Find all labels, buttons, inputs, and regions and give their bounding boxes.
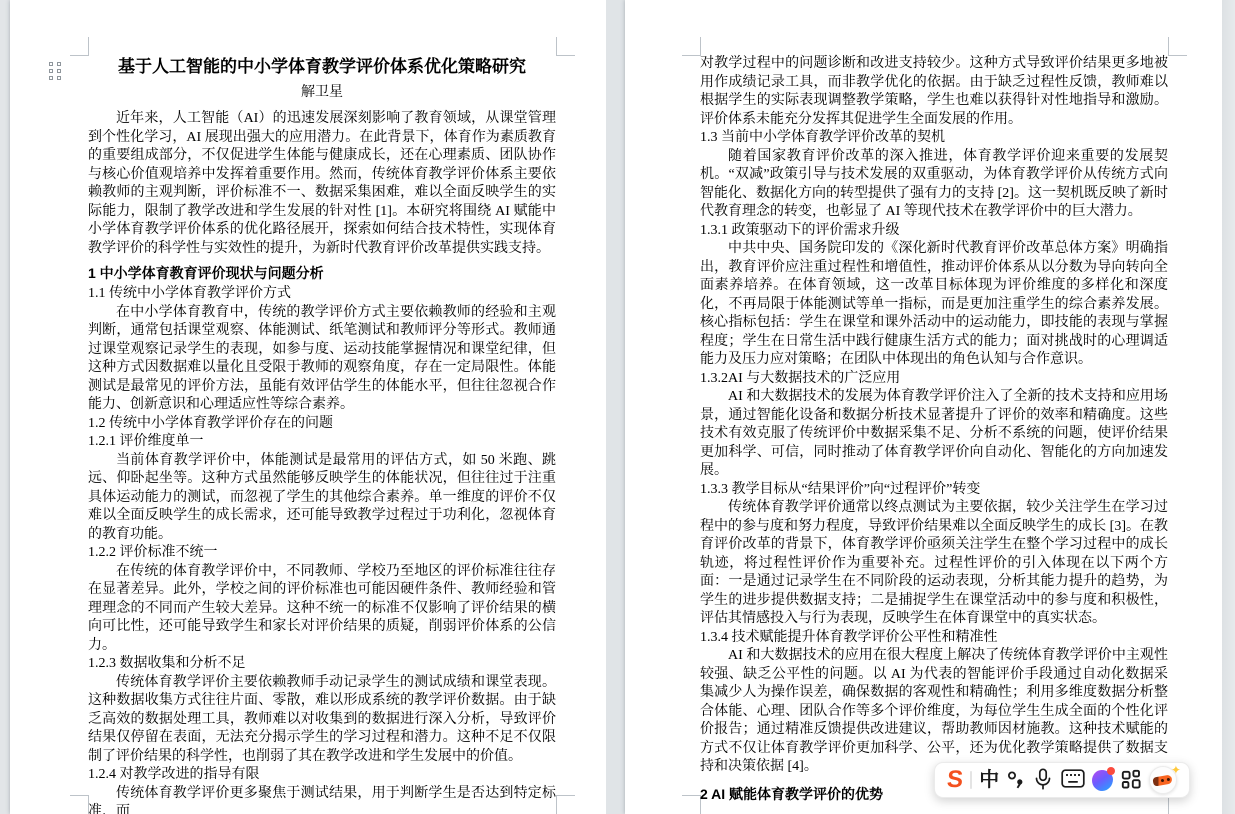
doc-title[interactable]: 基于人工智能的中小学体育教学评价体系优化策略研究 xyxy=(88,55,556,79)
keyboard-icon xyxy=(1061,769,1085,791)
section-heading-1-1[interactable]: 1.1 传统中小学体育教学评价方式 xyxy=(88,285,556,304)
punctuation-button[interactable] xyxy=(1006,769,1026,792)
section-heading-1-3[interactable]: 1.3 当前中小学体育教学评价改革的契机 xyxy=(700,129,1168,148)
paragraph-1-3-3[interactable]: 传统体育教学评价通常以终点测试为主要依据，较少关注学生在学习过程中的参与度和努力… xyxy=(700,499,1168,629)
toolbox-button[interactable] xyxy=(1120,768,1142,793)
left-margin-strip xyxy=(0,0,10,814)
punctuation-icon xyxy=(1006,769,1026,792)
paragraph-1-2-2[interactable]: 在传统的体育教学评价中，不同教师、学校乃至地区的评价标准往往存在显著差异。此外，… xyxy=(88,563,556,656)
document-canvas: 基于人工智能的中小学体育教学评价体系优化策略研究 解卫星 近年来，人工智能（AI… xyxy=(0,0,1235,814)
paragraph-1-3[interactable]: 随着国家教育评价改革的深入推进，体育教学评价迎来重要的发展契机。“双减”政策引导… xyxy=(700,148,1168,222)
paragraph-intro[interactable]: 近年来，人工智能（AI）的迅速发展深刻影响了教育领域，从课堂管理到个性化学习，A… xyxy=(88,110,556,258)
section-heading-1-2[interactable]: 1.2 传统中小学体育教学评价存在的问题 xyxy=(88,415,556,434)
sparkle-icon: ✦ xyxy=(1171,764,1181,776)
sogou-logo-button[interactable]: S xyxy=(947,768,963,792)
ai-assistant-button[interactable]: ✦ xyxy=(1149,766,1177,794)
document-page-2[interactable]: 对教学过程中的问题诊断和改进支持较少。这种方式导致评价结果更多地被用作成绩记录工… xyxy=(625,0,1222,814)
paragraph-1-2-4-continued[interactable]: 对教学过程中的问题诊断和改进支持较少。这种方式导致评价结果更多地被用作成绩记录工… xyxy=(700,55,1168,129)
toolbar-divider xyxy=(970,771,972,789)
scrollbar-track[interactable] xyxy=(1222,0,1235,814)
microphone-icon xyxy=(1033,768,1053,793)
section-heading-1-3-4[interactable]: 1.3.4 技术赋能提升体育教学评价公平性和精准性 xyxy=(700,629,1168,648)
fox-face-icon xyxy=(1152,774,1172,786)
skin-button[interactable] xyxy=(1092,770,1113,791)
section-heading-1-3-3[interactable]: 1.3.3 教学目标从“结果评价”向“过程评价”转变 xyxy=(700,481,1168,500)
soft-keyboard-button[interactable] xyxy=(1061,769,1085,791)
paragraph-1-2-4[interactable]: 传统体育教学评价更多聚焦于测试结果，用于判断学生是否达到特定标准，而 xyxy=(88,785,556,814)
paragraph-1-3-1[interactable]: 中共中央、国务院印发的《深化新时代教育评价改革总体方案》明确指出，教育评价应注重… xyxy=(700,240,1168,370)
page-gap xyxy=(606,0,625,814)
paragraph-1-2-3[interactable]: 传统体育教学评价主要依赖教师手动记录学生的测试成绩和课堂表现。这种数据收集方式往… xyxy=(88,674,556,767)
section-heading-1-3-1[interactable]: 1.3.1 政策驱动下的评价需求升级 xyxy=(700,222,1168,241)
section-heading-1-2-2[interactable]: 1.2.2 评价标准不统一 xyxy=(88,544,556,563)
notification-dot xyxy=(1107,767,1115,775)
paragraph-1-1[interactable]: 在中小学体育教育中，传统的教学评价方式主要依赖教师的经验和主观判断，通常包括课堂… xyxy=(88,304,556,415)
paragraph-1-3-2[interactable]: AI 和大数据技术的发展为体育教学评价注入了全新的技术支持和应用场景，通过智能化… xyxy=(700,388,1168,481)
doc-author[interactable]: 解卫星 xyxy=(88,83,556,102)
toolbox-grid-icon xyxy=(1120,768,1142,793)
section-heading-1-2-4[interactable]: 1.2.4 对教学改进的指导有限 xyxy=(88,766,556,785)
paragraph-1-2-1[interactable]: 当前体育教学评价中，体能测试是最常用的评估方式，如 50 米跑、跳远、仰卧起坐等… xyxy=(88,452,556,545)
chinese-mode-label: 中 xyxy=(979,770,999,790)
sogou-logo-icon: S xyxy=(946,768,964,792)
input-mode-button[interactable]: 中 xyxy=(979,770,999,790)
ime-toolbar: S 中 xyxy=(934,762,1190,798)
paragraph-1-3-4[interactable]: AI 和大数据技术的应用在很大程度上解决了传统体育教学评价中主观性较强、缺乏公平… xyxy=(700,647,1168,777)
section-heading-1[interactable]: 1 中小学体育教育评价现状与问题分析 xyxy=(88,264,556,283)
section-heading-1-2-1[interactable]: 1.2.1 评价维度单一 xyxy=(88,433,556,452)
skin-icon xyxy=(1092,770,1113,791)
section-heading-1-2-3[interactable]: 1.2.3 数据收集和分析不足 xyxy=(88,655,556,674)
voice-input-button[interactable] xyxy=(1033,768,1053,793)
section-heading-1-3-2[interactable]: 1.3.2AI 与大数据技术的广泛应用 xyxy=(700,370,1168,389)
ai-assistant-icon: ✦ xyxy=(1149,766,1177,794)
document-page-1[interactable]: 基于人工智能的中小学体育教学评价体系优化策略研究 解卫星 近年来，人工智能（AI… xyxy=(10,0,606,814)
